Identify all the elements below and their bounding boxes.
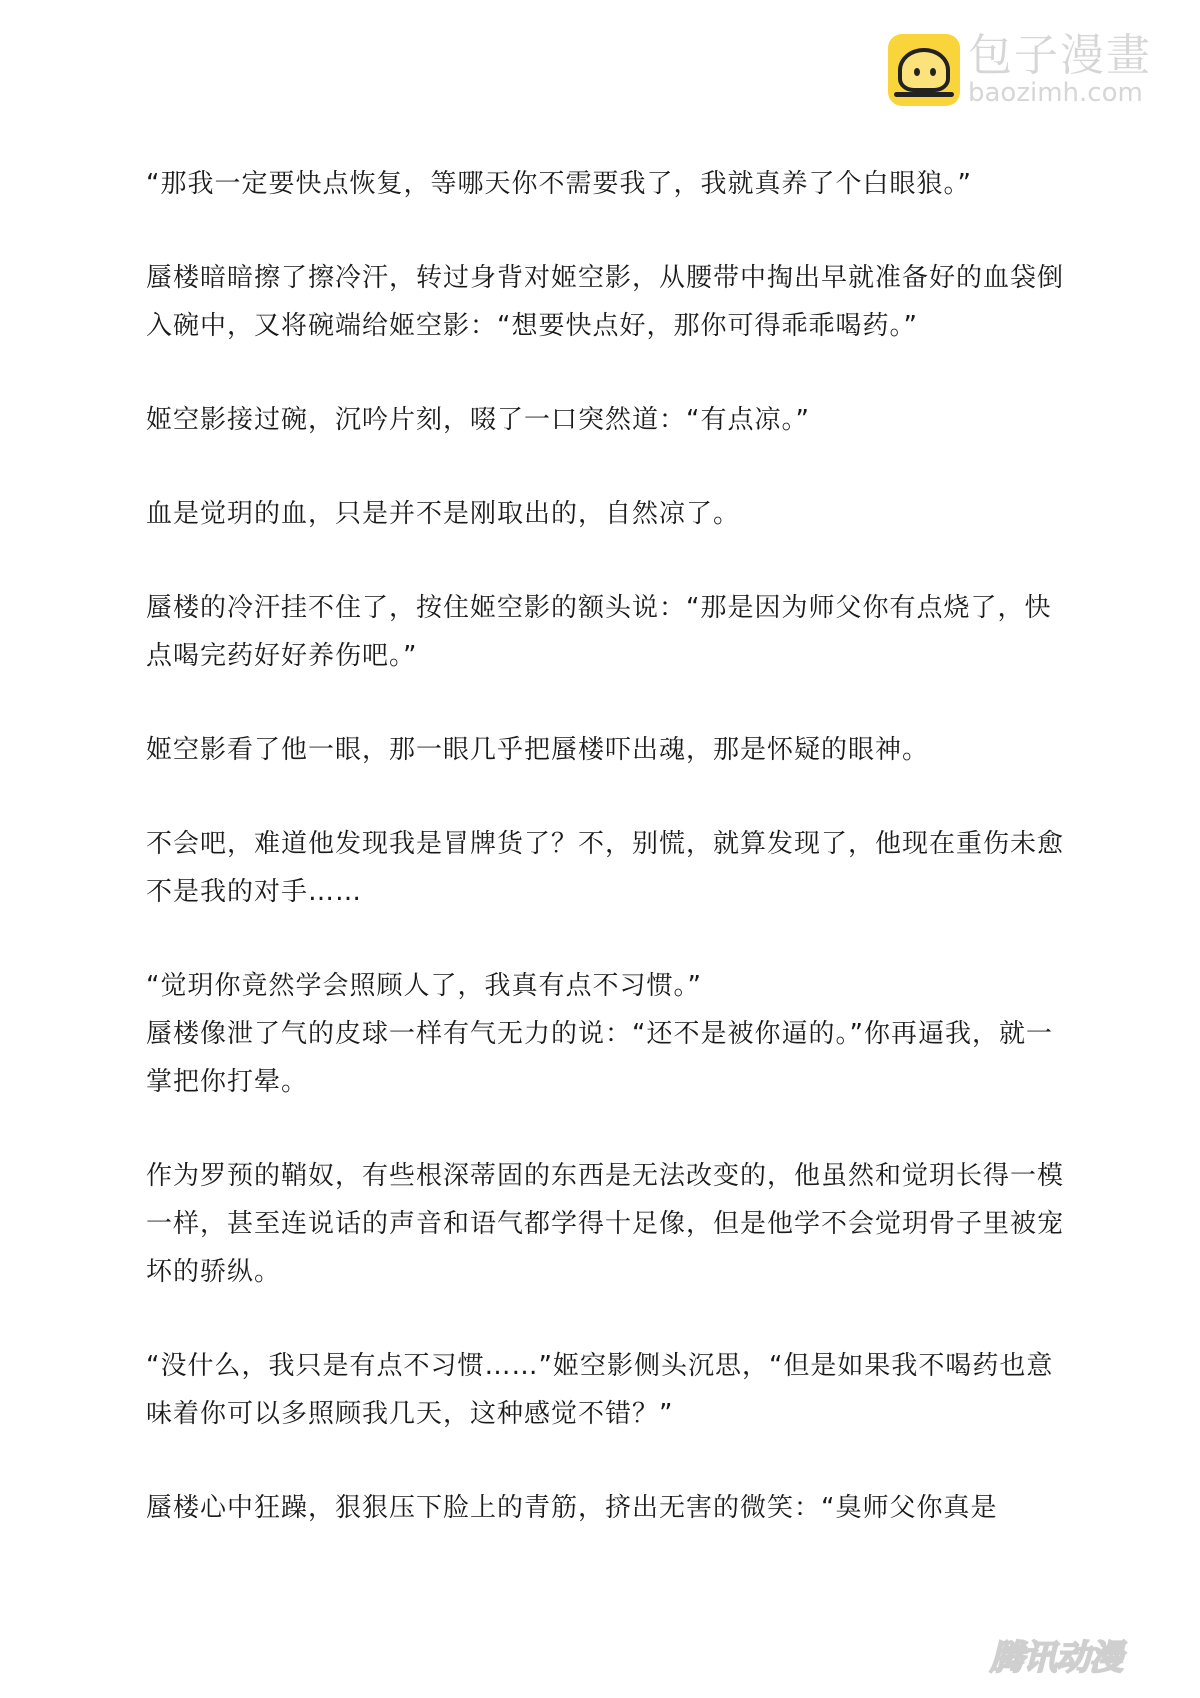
paragraph: 血是觉玥的血，只是并不是刚取出的，自然凉了。 [146, 490, 1066, 538]
bun-logo-icon [888, 34, 960, 106]
paragraph: 蜃楼的冷汗挂不住了，按住姬空影的额头说：“那是因为师父你有点烧了，快点喝完药好好… [146, 584, 1066, 680]
brand-name: 包子漫畫 [968, 34, 1152, 78]
paragraph: 蜃楼心中狂躁，狠狠压下脸上的青筋，挤出无害的微笑：“臭师父你真是 [146, 1484, 1066, 1532]
paragraph: 姬空影看了他一眼，那一眼几乎把蜃楼吓出魂，那是怀疑的眼神。 [146, 726, 1066, 774]
paragraph: 姬空影接过碗，沉吟片刻，啜了一口突然道：“有点凉。” [146, 396, 1066, 444]
watermark-logo: 腾讯动漫 [990, 1630, 1122, 1679]
paragraph: “没什么，我只是有点不习惯……”姬空影侧头沉思，“但是如果我不喝药也意味着你可以… [146, 1342, 1066, 1438]
paragraph: “觉玥你竟然学会照顾人了，我真有点不习惯。” [146, 962, 1066, 1010]
brand-domain: baozimh.com [968, 80, 1152, 106]
paragraph: 不会吧，难道他发现我是冒牌货了？不，别慌，就算发现了，他现在重伤未愈不是我的对手… [146, 820, 1066, 916]
paragraph: “那我一定要快点恢复，等哪天你不需要我了，我就真养了个白眼狼。” [146, 160, 1066, 208]
paragraph: 蜃楼暗暗擦了擦冷汗，转过身背对姬空影，从腰带中掏出早就准备好的血袋倒入碗中，又将… [146, 254, 1066, 350]
paragraph: 蜃楼像泄了气的皮球一样有气无力的说：“还不是被你逼的。”你再逼我，就一掌把你打晕… [146, 1010, 1066, 1106]
novel-text: “那我一定要快点恢复，等哪天你不需要我了，我就真养了个白眼狼。” 蜃楼暗暗擦了擦… [146, 160, 1066, 1578]
brand-logo: 包子漫畫 baozimh.com [888, 34, 1152, 106]
paragraph: 作为罗预的鞘奴，有些根深蒂固的东西是无法改变的，他虽然和觉玥长得一模一样，甚至连… [146, 1152, 1066, 1296]
